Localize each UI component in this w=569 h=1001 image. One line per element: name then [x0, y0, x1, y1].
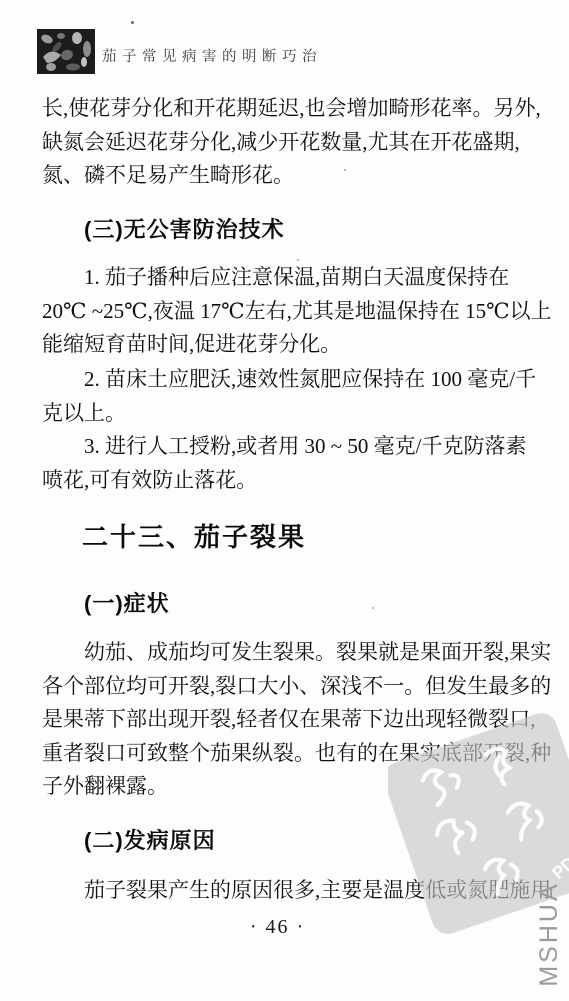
text-line: 3. 进行人工授粉,或者用 30 ~ 50 毫克/千克防落素 [42, 430, 529, 464]
text-line: 氮、磷不足易产生畸形花。 [42, 159, 529, 193]
page-number: · 46 · [0, 916, 555, 939]
text-line: 缺氮会延迟花芽分化,减少开花数量,尤其在开花盛期, [42, 126, 529, 160]
paragraph-cause: 茄子裂果产生的原因很多,主要是温度低或氮肥施用 [42, 874, 529, 908]
text-line: 重者裂口可致整个茄果纵裂。也有的在果实底部开裂,种 [42, 737, 529, 771]
scan-speck [372, 607, 374, 609]
scan-speck [131, 21, 134, 24]
paragraph-prevention-item3: 3. 进行人工授粉,或者用 30 ~ 50 毫克/千克防落素 喷花,可有效防止落… [42, 430, 529, 497]
paragraph-prevention-item2: 2. 苗床土应肥沃,速效性氮肥应保持在 100 毫克/千 克以上。 [42, 363, 529, 430]
chapter-header-photo [37, 29, 95, 74]
text-line: 1. 茄子播种后应注意保温,苗期白天温度保持在 [42, 261, 529, 295]
text-line: 茄子裂果产生的原因很多,主要是温度低或氮肥施用 [42, 874, 529, 908]
text-line: 长,使花芽分化和开花期延迟,也会增加畸形花率。另外, [42, 92, 529, 126]
section-heading-symptom: (一)症状 [84, 587, 170, 618]
chapter-heading-fruit-cracking: 二十三、茄子裂果 [82, 517, 306, 554]
section-heading-prevention: (三)无公害防治技术 [84, 213, 285, 244]
section-heading-cause: (二)发病原因 [84, 824, 216, 855]
text-line: 是果蒂下部出现开裂,轻者仅在果蒂下边出现轻微裂口, [42, 703, 529, 737]
text-line: 20℃ ~25℃,夜温 17℃左右,尤其是地温保持在 15℃以上 [42, 295, 529, 329]
scanned-book-page: 茄子常见病害的明断巧治 长,使花芽分化和开花期延迟,也会增加畸形花率。另外, 缺… [0, 0, 569, 1001]
paragraph-symptom: 幼茄、成茄均可发生裂果。裂果就是果面开裂,果实 各个部位均可开裂,裂口大小、深浅… [42, 636, 529, 804]
paragraph-nitrogen-deficiency: 长,使花芽分化和开花期延迟,也会增加畸形花率。另外, 缺氮会延迟花芽分化,减少开… [42, 92, 529, 193]
text-line: 幼茄、成茄均可发生裂果。裂果就是果面开裂,果实 [42, 636, 529, 670]
text-line: 2. 苗床土应肥沃,速效性氮肥应保持在 100 毫克/千 [42, 363, 529, 397]
book-running-title: 茄子常见病害的明断巧治 [102, 45, 322, 66]
text-line: 克以上。 [42, 397, 529, 431]
text-line: 各个部位均可开裂,裂口大小、深浅不一。但发生最多的 [42, 670, 529, 704]
paragraph-prevention-item1: 1. 茄子播种后应注意保温,苗期白天温度保持在 20℃ ~25℃,夜温 17℃左… [42, 261, 529, 362]
text-line: 能缩短育苗时间,促进花芽分化。 [42, 328, 529, 362]
text-line: 喷花,可有效防止落花。 [42, 464, 529, 498]
mshua-watermark-label: MSHUA [535, 869, 563, 999]
text-line: 子外翻裸露。 [42, 770, 529, 804]
